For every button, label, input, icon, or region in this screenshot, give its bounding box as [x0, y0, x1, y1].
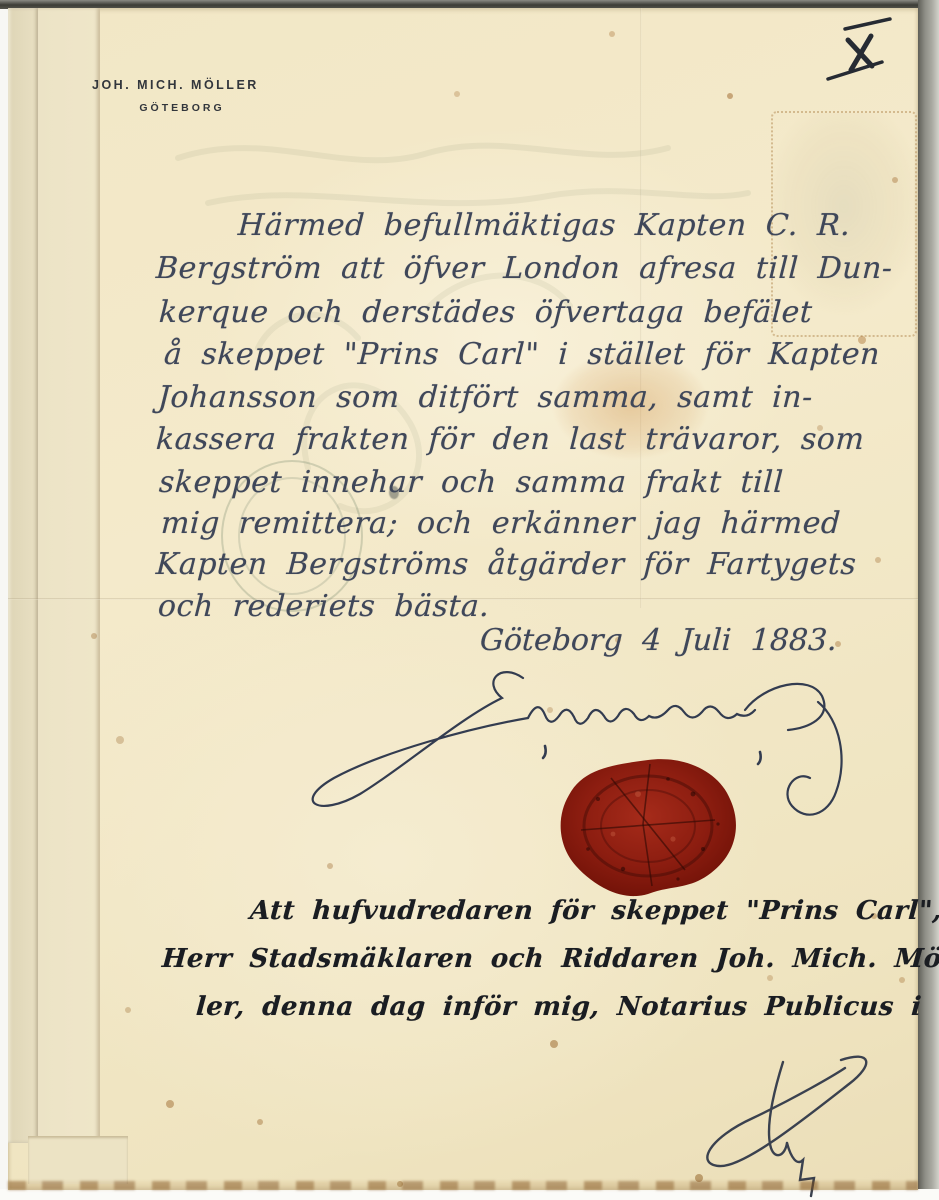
- body-line: Johansson som ditfört samma, samt in-: [157, 383, 813, 413]
- notary-line: Herr Stadsmäklaren och Riddaren Joh. Mic…: [161, 946, 939, 972]
- body-line: Härmed befullmäktigas Kapten C. R.: [237, 211, 851, 241]
- notary-text: Att hufvudredaren för skeppet "Prins Car…: [158, 898, 933, 1048]
- dateline: Göteborg 4 Juli 1883.: [479, 623, 838, 658]
- body-line: kerque och derstädes öfvertaga befälet: [158, 298, 813, 328]
- body-line: Bergström att öfver London afresa till D…: [155, 254, 893, 284]
- body-line: kassera frakten för den last trävaror, s…: [155, 425, 865, 455]
- wax-seal: [553, 754, 743, 899]
- body-line: Kapten Bergströms åtgärder för Fartygets: [155, 550, 857, 580]
- notary-line: ler, denna dag inför mig, Notarius Publi…: [195, 994, 922, 1020]
- foxing-spots: [8, 8, 12, 12]
- notary-paraph: [683, 1048, 883, 1198]
- letter-body: Härmed befullmäktigas Kapten C. R. Bergs…: [156, 211, 931, 691]
- page-fold-tab: [28, 1136, 128, 1184]
- scanned-document: JOH. MICH. MÖLLER GÖTEBORG X Härmed befu…: [0, 0, 939, 1200]
- body-line: å skeppet "Prins Carl" i stället för Kap…: [163, 340, 881, 370]
- letterhead-city: GÖTEBORG: [92, 102, 272, 114]
- paper-sheet: JOH. MICH. MÖLLER GÖTEBORG X Härmed befu…: [8, 8, 918, 1190]
- notary-line: Att hufvudredaren för skeppet "Prins Car…: [249, 898, 939, 924]
- body-line: mig remittera; och erkänner jag härmed: [160, 509, 841, 539]
- body-line: skeppet innehar och samma frakt till: [158, 468, 784, 498]
- x-page-mark: X: [820, 13, 920, 88]
- letterhead: JOH. MICH. MÖLLER GÖTEBORG: [92, 78, 272, 114]
- body-line: och rederiets bästa.: [157, 592, 490, 622]
- letterhead-name: JOH. MICH. MÖLLER: [92, 78, 272, 92]
